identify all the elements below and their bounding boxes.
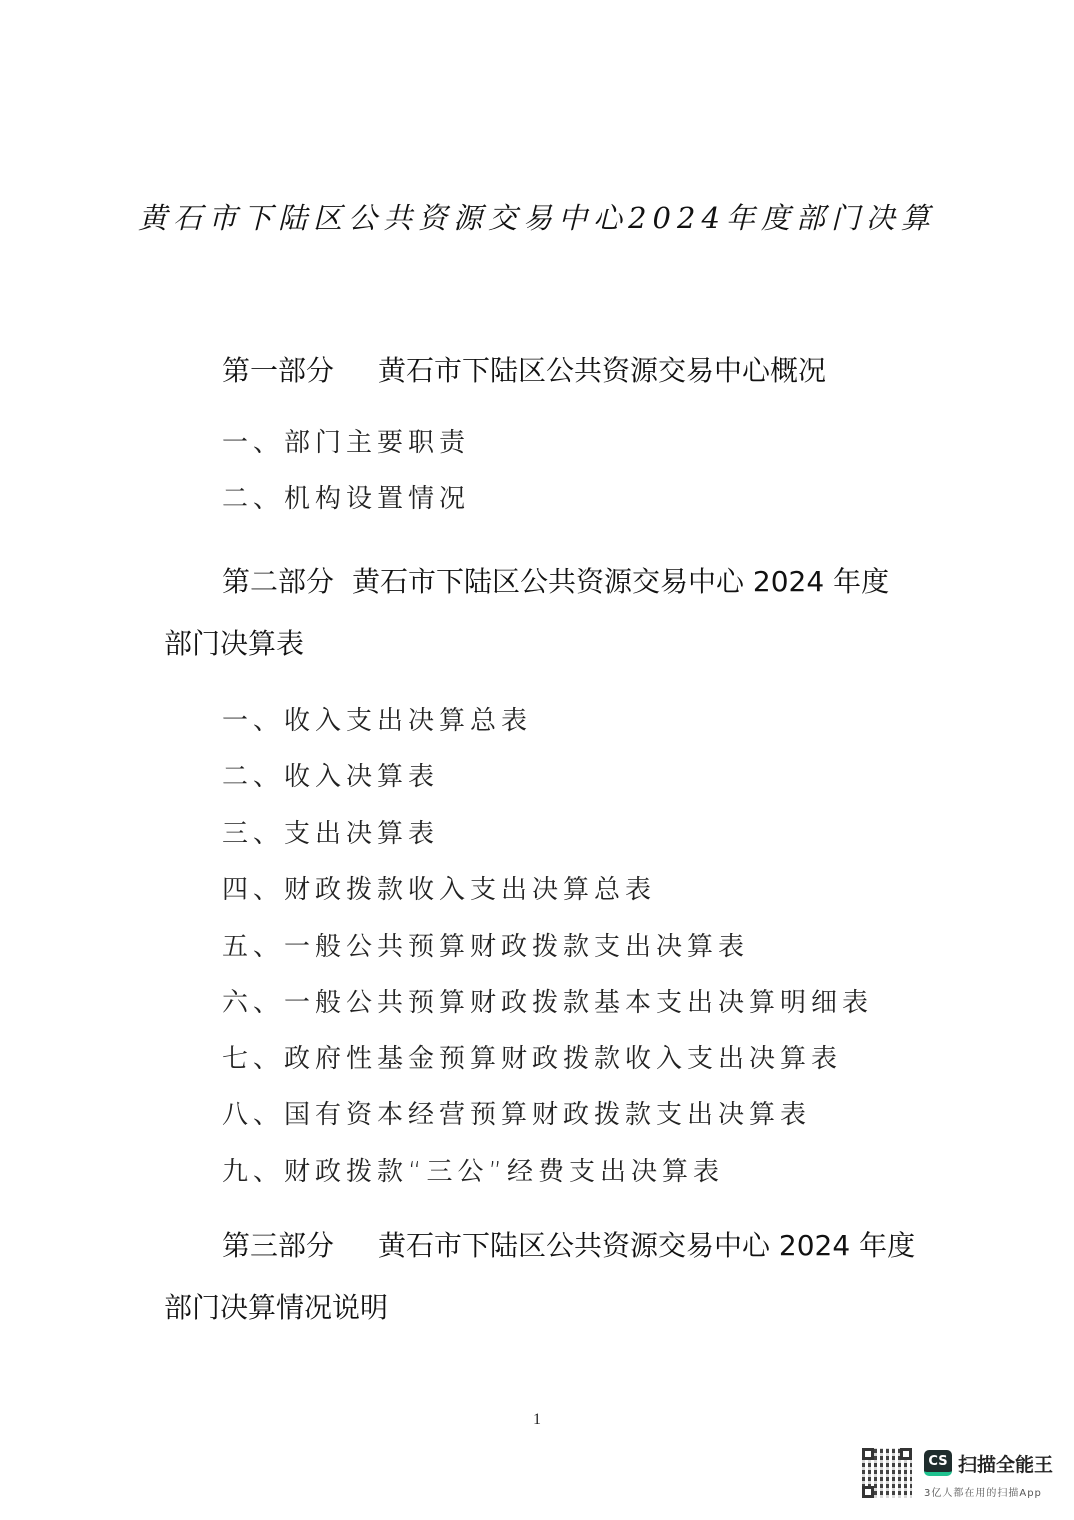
toc-item: 四、财政拨款收入支出决算总表	[222, 869, 656, 906]
camscanner-logo-icon: CS	[924, 1450, 952, 1476]
toc-item: 二、收入决算表	[222, 756, 439, 793]
toc-item: 三、支出决算表	[222, 813, 439, 850]
part-2-title-cont: 部门决算表	[164, 627, 304, 660]
part-3-title: 黄石市下陆区公共资源交易中心 2024 年度	[378, 1229, 915, 1262]
part-2-label: 第二部分	[222, 565, 334, 598]
part-1-title: 黄石市下陆区公共资源交易中心概况	[378, 354, 826, 387]
page-number: 1	[0, 1411, 1074, 1429]
toc-item: 九、财政拨款“三公”经费支出决算表	[222, 1151, 724, 1188]
scanner-watermark: CS 扫描全能王 3亿人都在用的扫描App	[862, 1448, 1062, 1504]
part-1-heading: 第一部分黄石市下陆区公共资源交易中心概况	[164, 340, 924, 402]
document-title: 黄石市下陆区公共资源交易中心2024年度部门决算	[0, 196, 1074, 237]
part-3-title-cont: 部门决算情况说明	[164, 1291, 388, 1324]
part-3-label: 第三部分	[222, 1229, 334, 1262]
part-3-heading: 第三部分黄石市下陆区公共资源交易中心 2024 年度 部门决算情况说明	[164, 1215, 924, 1339]
part-2-heading: 第二部分黄石市下陆区公共资源交易中心 2024 年度 部门决算表	[164, 551, 924, 675]
toc-item: 五、一般公共预算财政拨款支出决算表	[222, 926, 749, 963]
part-1-label: 第一部分	[222, 354, 334, 387]
toc-item: 二、机构设置情况	[222, 478, 470, 515]
toc-item: 七、政府性基金预算财政拨款收入支出决算表	[222, 1038, 842, 1075]
toc-item: 一、收入支出决算总表	[222, 700, 532, 737]
toc-item: 一、部门主要职责	[222, 422, 470, 459]
part-2-title: 黄石市下陆区公共资源交易中心 2024 年度	[352, 565, 889, 598]
toc-item: 六、一般公共预算财政拨款基本支出决算明细表	[222, 982, 873, 1019]
app-name: 扫描全能王	[958, 1450, 1053, 1477]
app-tagline: 3亿人都在用的扫描App	[924, 1484, 1042, 1499]
toc-item: 八、国有资本经营预算财政拨款支出决算表	[222, 1094, 811, 1131]
qr-code-icon	[862, 1448, 912, 1498]
